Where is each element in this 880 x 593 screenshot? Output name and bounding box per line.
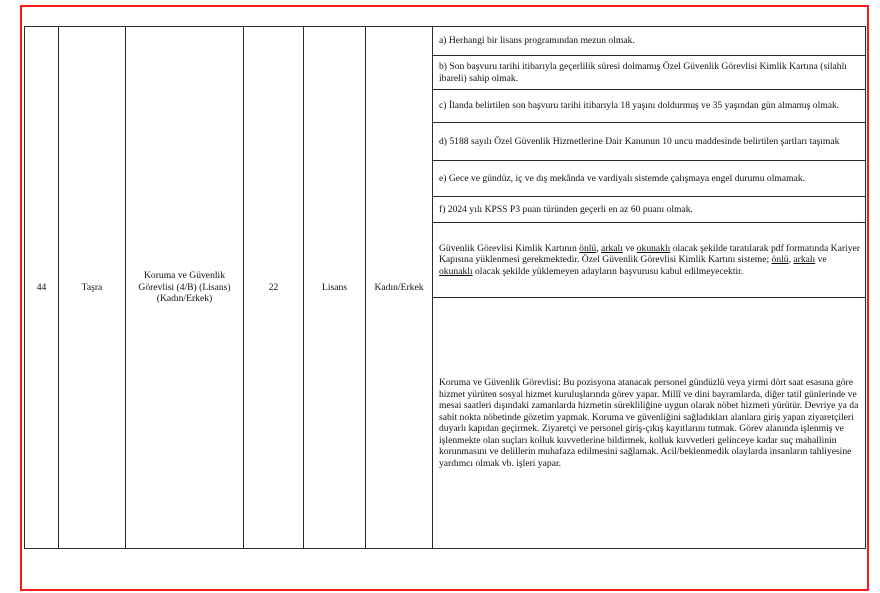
underlined-term: önlü <box>772 254 789 265</box>
id-card-upload-note: Güvenlik Görevlisi Kimlik Kartının önlü,… <box>433 223 866 298</box>
underlined-term: okunaklı <box>637 243 671 254</box>
underlined-term: arkalı <box>601 243 623 254</box>
underlined-term: arkalı <box>793 254 815 265</box>
requirement-a: a) Herhangi bir lisans programından mezu… <box>433 27 866 56</box>
requirement-c: c) İlanda belirtilen son başvuru tarihi … <box>433 90 866 123</box>
quota-count-cell: 22 <box>244 27 304 549</box>
note-text: Güvenlik Görevlisi Kimlik Kartının <box>439 243 579 254</box>
position-title-cell: Koruma ve Güvenlik Görevlisi (4/B) (Lisa… <box>126 27 244 549</box>
note-text: olacak şekilde yüklemeyen adayların başv… <box>473 266 744 277</box>
gender-cell: Kadın/Erkek <box>366 27 433 549</box>
note-text: ve <box>815 254 826 265</box>
location-cell: Taşra <box>59 27 126 549</box>
row-number: 44 <box>25 27 59 549</box>
requirement-d: d) 5188 sayılı Özel Güvenlik Hizmetlerin… <box>433 123 866 161</box>
table-row: 44 Taşra Koruma ve Güvenlik Görevlisi (4… <box>25 27 866 56</box>
requirement-e: e) Gece ve gündüz, iç ve dış mekânda ve … <box>433 161 866 197</box>
requirement-f: f) 2024 yılı KPSS P3 puan türünden geçer… <box>433 197 866 223</box>
education-cell: Lisans <box>304 27 366 549</box>
job-description: Koruma ve Güvenlik Görevlisi: Bu pozisyo… <box>433 298 866 549</box>
position-table: 44 Taşra Koruma ve Güvenlik Görevlisi (4… <box>24 26 866 549</box>
note-text: ve <box>623 243 637 254</box>
underlined-term: okunaklı <box>439 266 473 277</box>
requirement-b: b) Son başvuru tarihi itibarıyla geçerli… <box>433 56 866 90</box>
underlined-term: önlü <box>579 243 596 254</box>
